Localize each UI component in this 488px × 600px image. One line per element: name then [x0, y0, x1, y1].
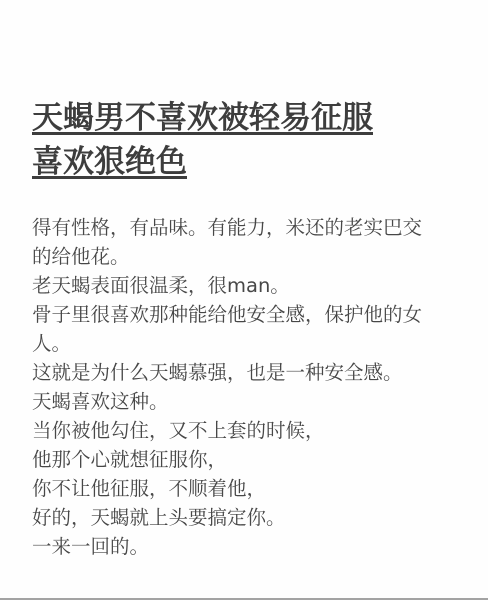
- article-body: 得有性格，有品味。有能力，米还的老实巴交 的给他花。 老天蝎表面很温柔，很man…: [32, 213, 472, 561]
- body-line: 你不让他征服，不顺着他，: [32, 474, 472, 503]
- title-line-2: 喜欢狠绝色: [32, 140, 472, 184]
- body-line: 的给他花。: [32, 242, 472, 271]
- body-line: 骨子里很喜欢那种能给他安全感，保护他的女: [32, 300, 472, 329]
- body-line: 得有性格，有品味。有能力，米还的老实巴交: [32, 213, 472, 242]
- body-line: 当你被他勾住，又不上套的时候，: [32, 416, 472, 445]
- body-line: 他那个心就想征服你，: [32, 445, 472, 474]
- body-line: 天蝎喜欢这种。: [32, 387, 472, 416]
- body-line: 人。: [32, 329, 472, 358]
- body-line: 好的，天蝎就上头要搞定你。: [32, 503, 472, 532]
- body-line: 一来一回的。: [32, 532, 472, 561]
- body-line: 老天蝎表面很温柔，很man。: [32, 271, 472, 300]
- article-title: 天蝎男不喜欢被轻易征服 喜欢狠绝色: [32, 96, 472, 184]
- title-line-1: 天蝎男不喜欢被轻易征服: [32, 96, 472, 140]
- body-line: 这就是为什么天蝎慕强，也是一种安全感。: [32, 358, 472, 387]
